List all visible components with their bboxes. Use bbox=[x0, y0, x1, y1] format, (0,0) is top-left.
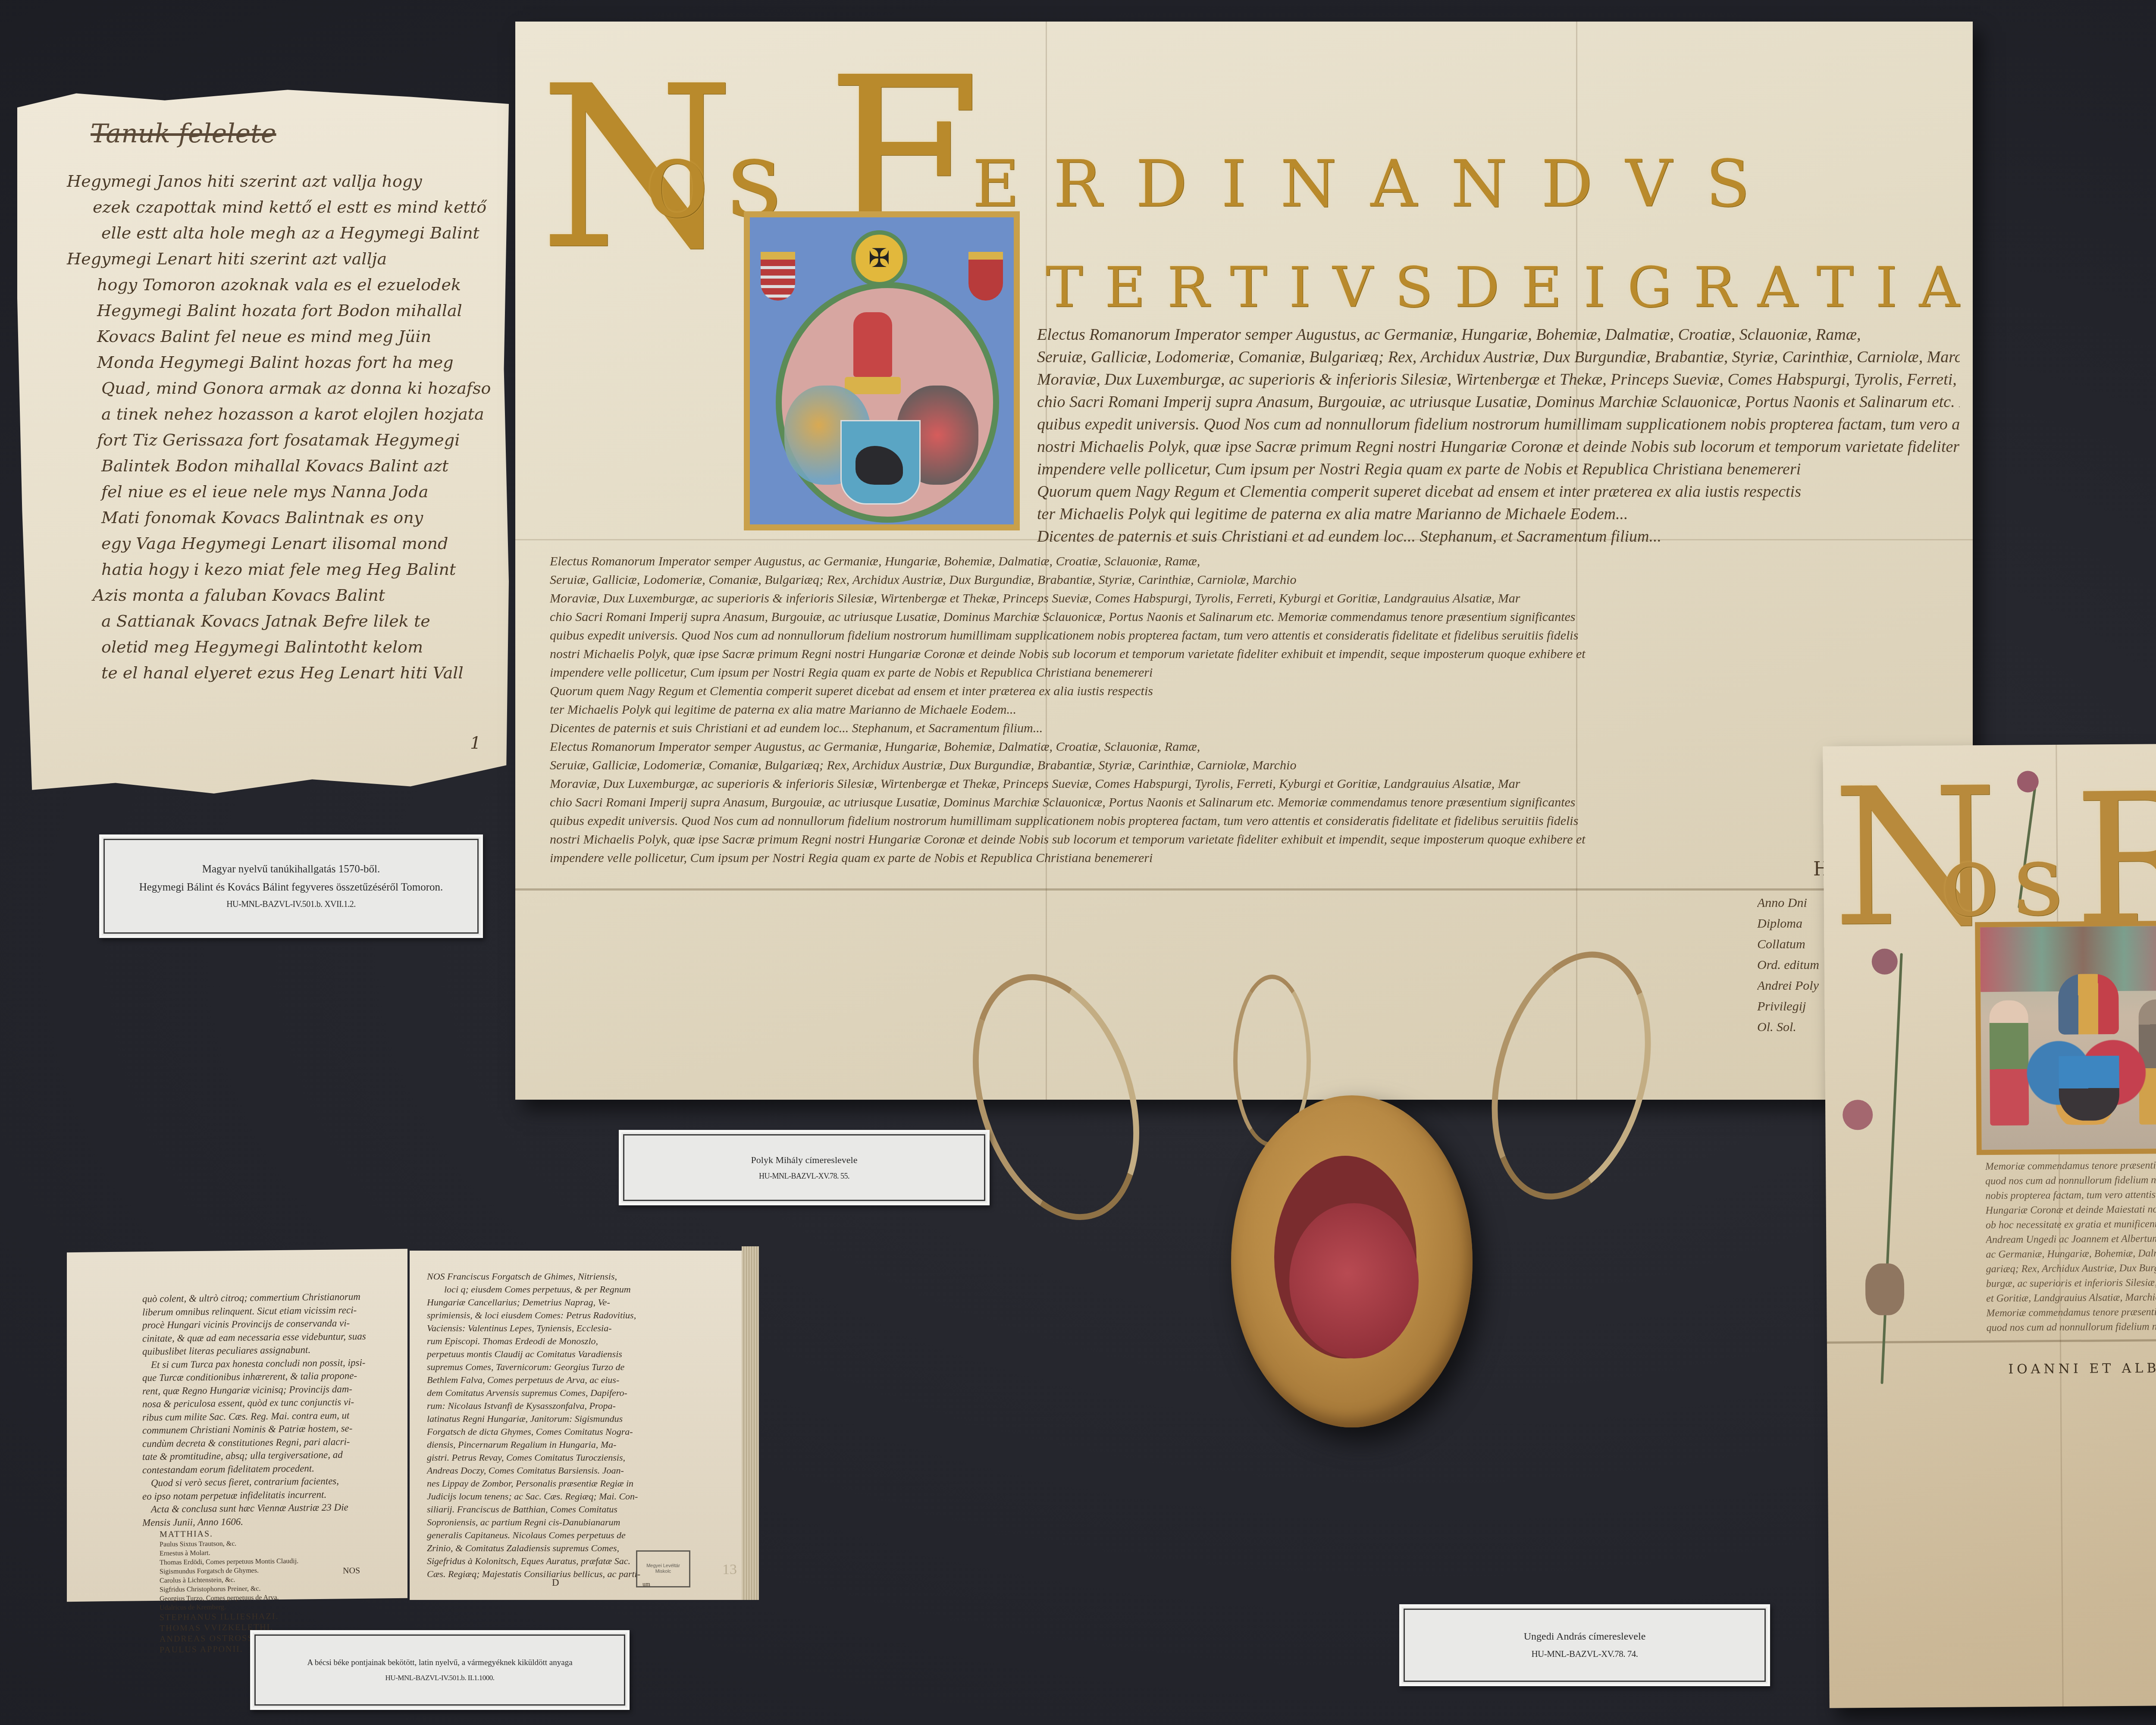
brothers-names: IOANNI ET ALBERTO bbox=[2008, 1361, 2156, 1377]
crown-icon bbox=[845, 377, 901, 394]
right-page-text: NOS Franciscus Forgatsch de Ghimes, Nitr… bbox=[427, 1270, 642, 1581]
manuscript-line: Kovacs Balint fel neue es mind meg Jüin bbox=[67, 323, 498, 349]
manuscript-line: hogy Tomoron azoknak vala es el ezuelode… bbox=[67, 272, 498, 298]
manuscript-line: egy Vaga Hegymegi Lenart ilisomal mond bbox=[67, 530, 498, 556]
manuscript-line: Monda Hegymegi Balint hozas fort ha meg bbox=[67, 349, 498, 375]
manuscript-line: fel niue es el ieue nele mys Nanna Joda bbox=[67, 479, 498, 505]
manuscript-line: elle estt alta hole megh az a Hegymegi B… bbox=[67, 220, 498, 246]
label-reference: HU-MNL-BAZVL-XV.78. 55. bbox=[759, 1172, 849, 1181]
illuminated-coat-of-arms: ✠ bbox=[744, 211, 1020, 530]
text-line: quibus expedit universis. Quod Nos cum a… bbox=[1037, 413, 1960, 436]
text-line: Moraviæ, Dux Luxemburgæ, ac superioris &… bbox=[1037, 368, 1960, 391]
manuscript-line: fort Tiz Gerissaza fort fosatamak Hegyme… bbox=[67, 427, 498, 453]
label-ferdinand: Polyk Mihály címereslevele HU-MNL-BAZVL-… bbox=[619, 1130, 990, 1205]
signature-mark: D bbox=[552, 1576, 559, 1590]
grant-text-lower: Electus Romanorum Imperator semper Augus… bbox=[550, 552, 1960, 880]
vienna-peace-printed-booklet: quò colent, & ultrò citroq; commertium C… bbox=[67, 1242, 796, 1613]
manuscript-line: ezek czapottak mind kettő el estt es min… bbox=[67, 194, 498, 220]
armored-figure bbox=[853, 312, 892, 377]
shield-icon bbox=[2059, 1056, 2119, 1121]
label-title: Polyk Mihály címereslevele bbox=[751, 1154, 858, 1166]
manuscript-line: Mati fonomak Kovacs Balintnak es ony bbox=[67, 505, 498, 530]
label-reference: HU-MNL-BAZVL-IV.501.b. II.1.1000. bbox=[385, 1674, 495, 1682]
text-line: nostri Michaelis Polyk, quæ ipse Sacræ p… bbox=[1037, 436, 1960, 458]
label-book: A bécsi béke pontjainak bekötött, latin … bbox=[250, 1630, 630, 1710]
archive-stamp: Megyei LevéltárMiskolc bbox=[636, 1550, 690, 1587]
book-page-right: NOS Franciscus Forgatsch de Ghimes, Nitr… bbox=[410, 1251, 742, 1600]
label-rudolph: Ungedi András címereslevele HU-MNL-BAZVL… bbox=[1399, 1604, 1770, 1686]
manuscript-line: Quad, mind Gonora armak az donna ki hoza… bbox=[67, 375, 498, 401]
manuscript-heading: Tanuk felelete bbox=[91, 119, 276, 149]
header-os: os bbox=[1940, 831, 2077, 931]
label-reference: HU-MNL-BAZVL-IV.501.b. XVII.1.2. bbox=[226, 900, 356, 910]
manuscript-line: Azis monta a faluban Kovacs Balint bbox=[67, 582, 498, 608]
book-page-left: quò colent, & ultrò citroq; commertium C… bbox=[67, 1249, 407, 1602]
manuscript-line: Hegymegi Janos hiti szerint azt vallja h… bbox=[67, 168, 498, 194]
catchword: NOS bbox=[343, 1564, 360, 1578]
label-testimony: Magyar nyelvű tanúkihallgatás 1570-ből. … bbox=[99, 834, 483, 938]
margin-number: 13 bbox=[722, 1563, 737, 1577]
text-line: impendere velle pollicetur, Cum ipsum pe… bbox=[1037, 458, 1960, 480]
text-line: Quorum quem Nagy Regum et Clementia comp… bbox=[1037, 480, 1960, 503]
text-line: ter Michaelis Polyk qui legitime de pate… bbox=[1037, 503, 1960, 525]
manuscript-line: a Sattianak Kovacs Jatnak Befre lilek te bbox=[67, 608, 498, 634]
ferdinand-armorial-grant: N os F ERDINANDVS TERTIVSDEIGRATIA ✠ Ele… bbox=[515, 22, 1973, 1100]
crest-plumes-icon bbox=[2058, 974, 2119, 1035]
illuminated-coat-of-arms bbox=[1975, 921, 2156, 1155]
left-page-text: quò colent, & ultrò citroq; commertium C… bbox=[142, 1290, 367, 1656]
label-title: Magyar nyelvű tanúkihallgatás 1570-ből. bbox=[202, 863, 380, 875]
text-line: Dicentes de paternis et suis Christiani … bbox=[1037, 525, 1960, 548]
bohemian-shield-icon bbox=[968, 252, 1003, 301]
manuscript-line: te el hanal elyeret ezus Heg Lenart hiti… bbox=[67, 660, 498, 686]
hungarian-shield-icon bbox=[761, 252, 795, 301]
floral-border-left bbox=[1880, 953, 1902, 1384]
rudolph-armorial-grant: N os R VDOLPHVS SECVNDVS DIVINA FAVENTE … bbox=[1823, 737, 2156, 1708]
text-line: Seruiæ, Galliciæ, Lodomeriæ, Comaniæ, Bu… bbox=[1037, 346, 1960, 368]
text-line: chio Sacri Romani Imperij supra Anasum, … bbox=[1037, 391, 1960, 413]
double-eagle-icon: ✠ bbox=[851, 230, 907, 286]
header-tertius-dei-gratia: TERTIVSDEIGRATIA bbox=[1046, 254, 1981, 320]
label-subtitle: Hegymegi Bálint és Kovács Bálint fegyver… bbox=[139, 881, 443, 894]
label-title: Ungedi András címereslevele bbox=[1524, 1631, 1646, 1643]
manuscript-line: Hegymegi Balint hozata fort Bodon mihall… bbox=[67, 298, 498, 323]
imperial-eagle-seal-icon bbox=[1289, 1203, 1419, 1358]
label-reference: HU-MNL-BAZVL-XV.78. 74. bbox=[1531, 1649, 1638, 1659]
header-ferdinandus: ERDINANDVS bbox=[972, 147, 1784, 222]
hanging-wax-seal bbox=[1231, 1095, 1473, 1427]
grant-text-upper: Electus Romanorum Imperator semper Augus… bbox=[1037, 323, 1960, 548]
label-title: A bécsi béke pontjainak bekötött, latin … bbox=[307, 1658, 572, 1668]
text-line: Electus Romanorum Imperator semper Augus… bbox=[1037, 323, 1960, 346]
book-page-edges bbox=[742, 1246, 759, 1600]
testimony-manuscript: Tanuk felelete Hegymegi Janos hiti szeri… bbox=[17, 86, 509, 793]
manuscript-text: Hegymegi Janos hiti szerint azt vallja h… bbox=[67, 168, 498, 686]
manuscript-line: Balintek Bodon mihallal Kovacs Balint az… bbox=[67, 453, 498, 479]
grant-text-lower: Memoriæ commendamus tenore præsentium si… bbox=[1985, 1151, 2156, 1336]
manuscript-page-number: 1 bbox=[470, 733, 481, 753]
manuscript-line: oletid meg Hegymegi Balintotht kelom bbox=[67, 634, 498, 660]
manuscript-line: hatia hogy i kezo miat fele meg Heg Bali… bbox=[67, 556, 498, 582]
manuscript-line: Hegymegi Lenart hiti szerint azt vallja bbox=[67, 246, 498, 272]
manuscript-line: a tinek nehez hozasson a karot elojlen h… bbox=[67, 401, 498, 427]
